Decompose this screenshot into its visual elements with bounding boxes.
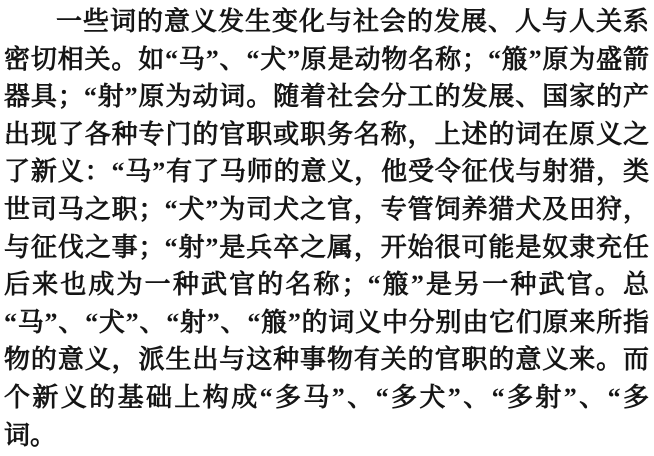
text-line: 世司马之职；“犬”为司犬之官，专管饲养猎犬及田狩，亦参 [4,191,649,229]
text-line: 器具；“射”原为动词。随着社会分工的发展、国家的产生， [4,78,649,116]
text-line: 物的意义，派生出与这种事物有关的官职的意义来。而且在这 [4,341,649,379]
text-line: “马”、“犬”、“射”、“箙”的词义中分别由它们原来所指的事 [4,304,649,342]
text-line: 个新义的基础上构成“多马”、“多犬”、“多射”、“多箙”等 [4,379,649,417]
document-page: 一些词的意义发生变化与社会的发展、人与人关系的变化 密切相关。如“马”、“犬”原… [0,0,654,456]
text-line: 词。 [4,417,649,455]
text-line: 密切相关。如“马”、“犬”原是动物名称；“箙”原为盛箭的 [4,41,649,79]
text-line: 与征伐之事；“射”是兵卒之属，开始很可能是奴隶充任的， [4,229,649,267]
text-line: 一些词的意义发生变化与社会的发展、人与人关系的变化 [4,3,649,41]
text-line: 出现了各种专门的官职或职务名称，上述的词在原义之外又有 [4,116,649,154]
text-line: 后来也成为一种武官的名称；“箙”是另一种武官。总之， [4,266,649,304]
text-line: 了新义：“马”有了马师的意义，他受令征伐与射猎，类似后 [4,153,649,191]
